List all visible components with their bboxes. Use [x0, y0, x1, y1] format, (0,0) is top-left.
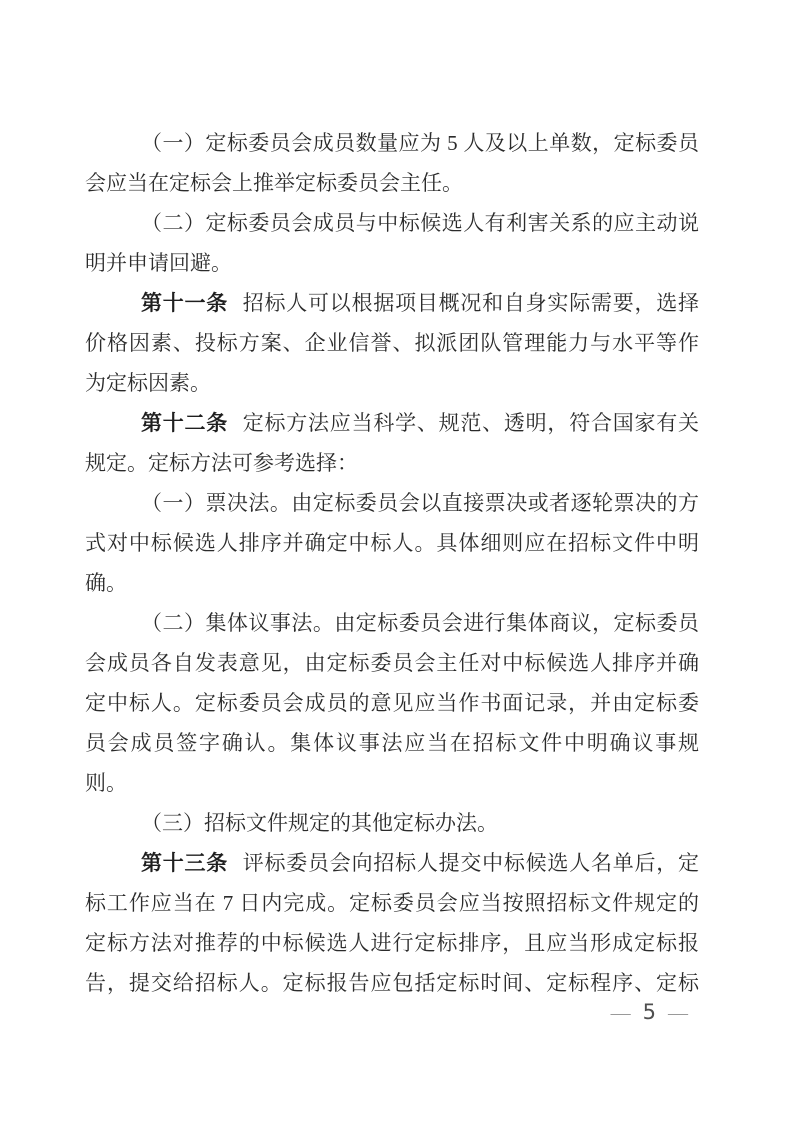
paragraph-text-line: 会成员各自发表意见，由定标委员会主任对中标候选人排序并确 — [85, 643, 699, 683]
article-text-line: 告，提交给招标人。定标报告应包括定标时间、定标程序、定标 — [85, 963, 699, 1003]
article-text-line: 第十三条评标委员会向招标人提交中标候选人名单后，定 — [85, 843, 699, 883]
paragraph-text-line: 式对中标候选人排序并确定中标人。具体细则应在招标文件中明 — [85, 523, 699, 563]
paragraph-text-line: （一）定标委员会成员数量应为 5 人及以上单数，定标委员 — [85, 123, 699, 163]
article-text-line: 规定。定标方法可参考选择： — [85, 443, 699, 483]
paragraph-text-line: （二）定标委员会成员与中标候选人有利害关系的应主动说 — [85, 203, 699, 243]
article-text-line: 价格因素、投标方案、企业信誉、拟派团队管理能力与水平等作 — [85, 323, 699, 363]
paragraph-text-line: 则。 — [85, 763, 699, 803]
article-text-line: 为定标因素。 — [85, 363, 699, 403]
article-text-line: 第十二条定标方法应当科学、规范、透明，符合国家有关 — [85, 403, 699, 443]
article-number-heading: 第十二条 — [141, 412, 228, 435]
paragraph-text-line: （一）票决法。由定标委员会以直接票决或者逐轮票决的方 — [85, 483, 699, 523]
paragraph-text-line: 定中标人。定标委员会成员的意见应当作书面记录，并由定标委 — [85, 683, 699, 723]
document-page: （一）定标委员会成员数量应为 5 人及以上单数，定标委员会应当在定标会上推举定标… — [0, 0, 800, 1132]
page-number-dash-right: — — [668, 1002, 688, 1024]
paragraph-text-line: 会应当在定标会上推举定标委员会主任。 — [85, 163, 699, 203]
page-footer: —5— — [611, 998, 688, 1026]
paragraph-text-line: （二）集体议事法。由定标委员会进行集体商议，定标委员 — [85, 603, 699, 643]
paragraph-text-line: 员会成员签字确认。集体议事法应当在招标文件中明确议事规 — [85, 723, 699, 763]
article-number-heading: 第十三条 — [141, 852, 228, 875]
article-first-line-text: 定标方法应当科学、规范、透明，符合国家有关 — [243, 411, 699, 435]
article-number-heading: 第十一条 — [141, 292, 228, 315]
paragraph-text-line: 明并申请回避。 — [85, 243, 699, 283]
article-text-line: 标工作应当在 7 日内完成。定标委员会应当按照招标文件规定的 — [85, 883, 699, 923]
paragraph-text-line: （三）招标文件规定的其他定标办法。 — [85, 803, 699, 843]
article-first-line-text: 评标委员会向招标人提交中标候选人名单后，定 — [243, 851, 699, 875]
article-first-line-text: 招标人可以根据项目概况和自身实际需要，选择 — [243, 291, 699, 315]
paragraph-text-line: 确。 — [85, 563, 699, 603]
document-body: （一）定标委员会成员数量应为 5 人及以上单数，定标委员会应当在定标会上推举定标… — [85, 123, 699, 1003]
article-text-line: 定标方法对推荐的中标候选人进行定标排序，且应当形成定标报 — [85, 923, 699, 963]
page-number-dash-left: — — [611, 1002, 631, 1024]
article-text-line: 第十一条招标人可以根据项目概况和自身实际需要，选择 — [85, 283, 699, 323]
page-number: 5 — [643, 1000, 656, 1024]
